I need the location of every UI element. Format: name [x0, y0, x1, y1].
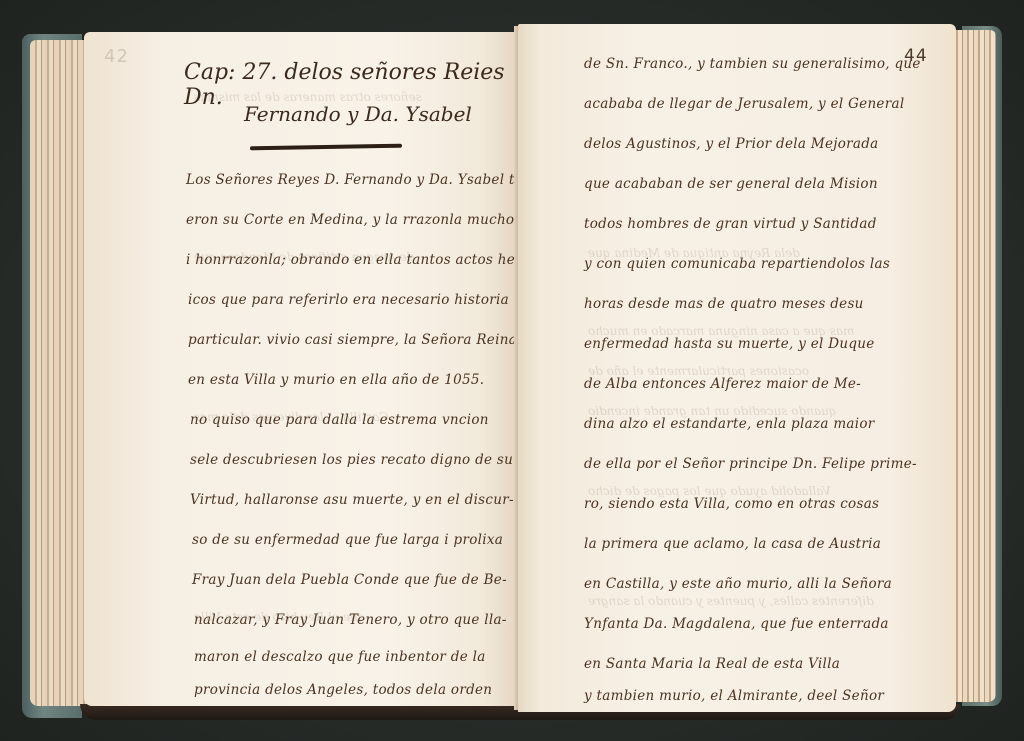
text-line: maron el descalzo que fue inbentor de la — [194, 649, 486, 665]
bleed-through-text: diferentes calles, y puentes y cuando la… — [588, 594, 874, 608]
text-line: enfermedad hasta su muerte, y el Duque — [584, 336, 875, 352]
text-line: de Sn. Franco., y tambien su generalisim… — [584, 56, 921, 72]
text-line: sele descubriesen los pies recato digno … — [190, 452, 513, 468]
text-line: Ynfanta Da. Magdalena, que fue enterrada — [584, 616, 889, 632]
text-line: i honrrazonla; obrando en ella tantos ac… — [186, 252, 518, 268]
text-line: la primera que aclamo, la casa de Austri… — [584, 536, 881, 552]
right-page: dela Reyna antigua de Medina que mas que… — [518, 24, 956, 712]
text-line: de ella por el Señor principe Dn. Felipe… — [584, 456, 917, 472]
text-line: delos Agustinos, y el Prior dela Mejorad… — [584, 136, 879, 152]
open-manuscript-book: señores otras maneras de las mismas de A… — [0, 0, 1024, 741]
text-line: todos hombres de gran virtud y Santidad — [584, 216, 877, 232]
text-line: de Alba entonces Alferez maior de Me- — [584, 376, 861, 392]
text-line: en Castilla, y este año murio, alli la S… — [584, 576, 892, 592]
text-line: icos que para referirlo era necesario hi… — [188, 292, 509, 308]
text-line: en Santa Maria la Real de esta Villa — [584, 656, 840, 672]
folio-number-left: 42 — [104, 46, 129, 67]
text-line: Los Señores Reyes D. Fernando y Da. Ysab… — [186, 172, 518, 188]
page-stack-left — [30, 40, 88, 706]
text-line: horas desde mas de quatro meses desu — [584, 296, 864, 312]
text-line: no quiso que para dalla la estrema vncio… — [190, 412, 489, 428]
text-line: Fray Juan dela Puebla Conde que fue de B… — [192, 572, 507, 588]
chapter-subheading: Fernando y Da. Ysabel — [244, 102, 472, 126]
text-line: dina alzo el estandarte, enla plaza maio… — [584, 416, 875, 432]
text-line: nalcazar, y Fray Juan Tenero, y otro que… — [194, 612, 507, 628]
text-line: so de su enfermedad que fue larga i prol… — [192, 532, 503, 548]
text-line: particular. vivio casi siempre, la Señor… — [188, 332, 517, 348]
text-line: ro, siendo esta Villa, como en otras cos… — [584, 496, 879, 512]
text-line: y con quien comunicaba repartiendolos la… — [584, 256, 890, 272]
heading-underline — [250, 144, 402, 151]
left-page: señores otras maneras de las mismas de A… — [84, 32, 518, 706]
page-stack-right — [952, 30, 996, 702]
text-line: y tambien murio, el Almirante, deel Seño… — [584, 688, 884, 704]
text-line: que acababan de ser general dela Mision — [584, 176, 878, 192]
text-line: eron su Corte en Medina, y la rrazonla m… — [186, 212, 514, 228]
text-line: provincia delos Angeles, todos dela orde… — [194, 682, 492, 698]
text-line: en esta Villa y murio en ella año de 105… — [188, 372, 484, 388]
text-line: Virtud, hallaronse asu muerte, y en el d… — [190, 492, 514, 508]
text-line: acababa de llegar de Jerusalem, y el Gen… — [584, 96, 904, 112]
